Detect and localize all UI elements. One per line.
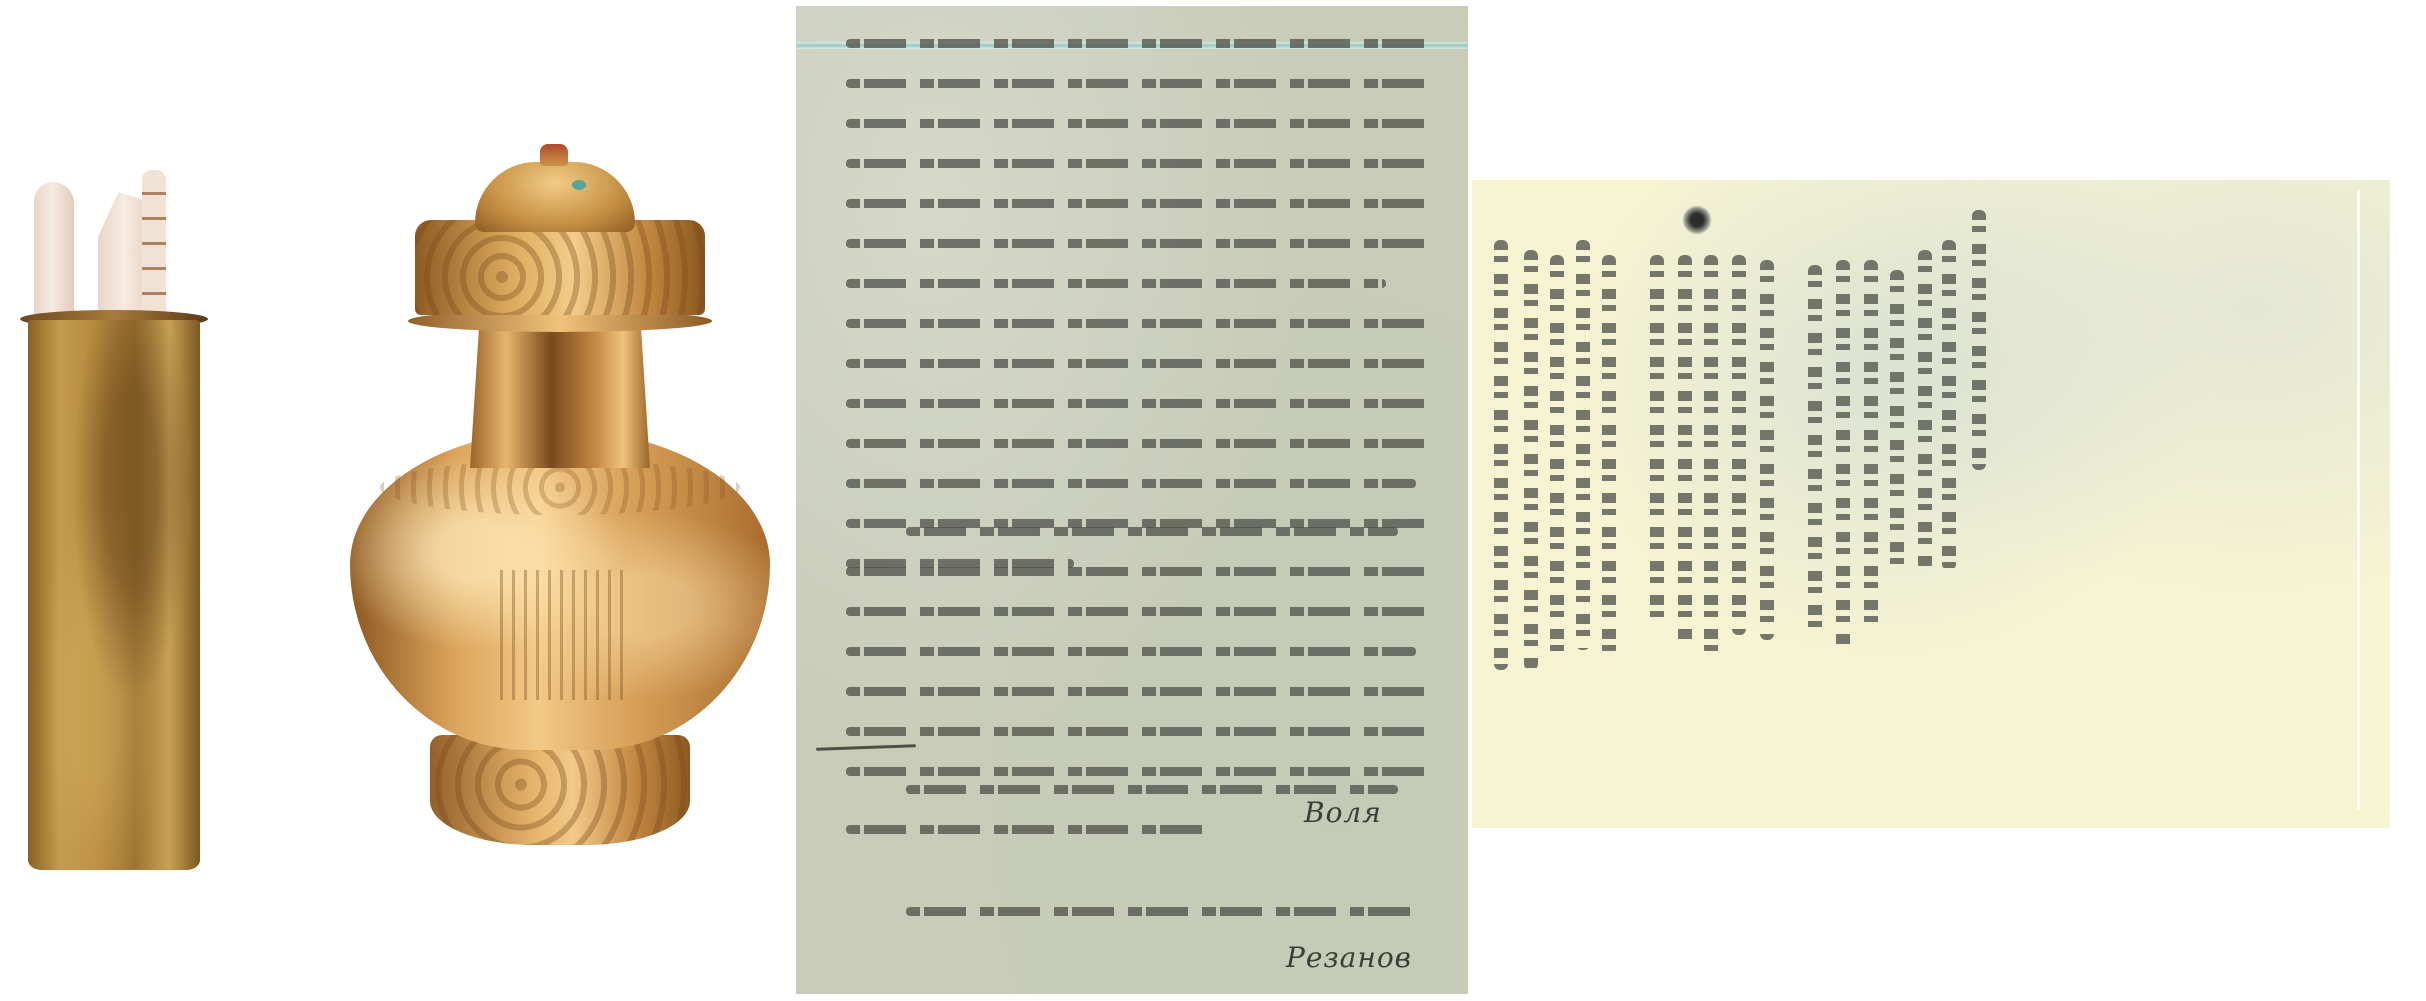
script-column bbox=[1650, 255, 1664, 625]
urn-gem bbox=[572, 180, 586, 190]
script-column bbox=[1732, 255, 1746, 635]
script-column bbox=[1494, 240, 1508, 670]
urn-foot bbox=[430, 735, 690, 845]
script-column bbox=[1576, 240, 1590, 650]
script-column bbox=[1836, 260, 1850, 650]
script-column bbox=[1678, 255, 1692, 645]
golden-urn-photo bbox=[340, 140, 780, 860]
script-column bbox=[1918, 250, 1932, 570]
mongolian-document-photo bbox=[1472, 180, 2390, 828]
script-column bbox=[1602, 255, 1616, 655]
urn-body-ornament bbox=[380, 460, 740, 515]
urn-lid-top bbox=[475, 162, 635, 232]
urn-lid-band bbox=[415, 220, 705, 315]
signature-1: Воля bbox=[1304, 796, 1382, 829]
cyrillic-document-photo: Воля Резанов bbox=[796, 6, 1468, 994]
urn-knob bbox=[540, 144, 568, 166]
golden-cylinder-photo bbox=[20, 170, 210, 870]
script-column bbox=[1942, 240, 1956, 570]
script-column bbox=[1890, 270, 1904, 570]
script-column bbox=[1972, 210, 1986, 470]
paragraph-2 bbox=[846, 506, 1446, 786]
scan-artifact-line bbox=[2357, 190, 2360, 810]
script-column bbox=[1524, 250, 1538, 670]
signature-2: Резанов bbox=[1286, 941, 1412, 974]
urn-inscription-panel bbox=[500, 570, 630, 700]
cylinder-body bbox=[28, 320, 200, 870]
script-column bbox=[1864, 260, 1878, 630]
script-column bbox=[1550, 255, 1564, 655]
urn-neck bbox=[470, 328, 650, 468]
script-column bbox=[1704, 255, 1718, 655]
script-column bbox=[1760, 260, 1774, 640]
seal-stamp-icon bbox=[1682, 205, 1712, 235]
script-column bbox=[1808, 265, 1822, 635]
witness-line bbox=[846, 886, 1446, 926]
paragraph-1 bbox=[846, 18, 1446, 578]
